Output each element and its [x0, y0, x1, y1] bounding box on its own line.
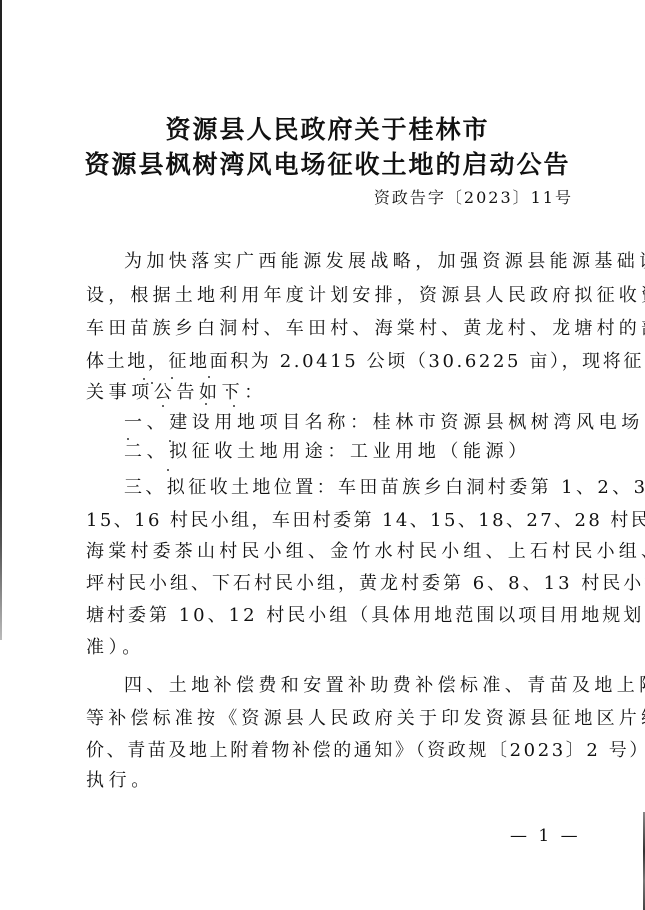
document-title-line-2: 资源县枫树湾风电场征收土地的启动公告	[0, 150, 645, 180]
scan-speck	[226, 389, 228, 391]
body-line: 一、建设用地项目名称：桂林市资源县枫树湾风电场	[124, 411, 644, 435]
body-line: 准）。	[86, 636, 145, 660]
body-line: 坪村民小组、下石村民小组，黄龙村委第 6、8、13 村民小组，龙	[86, 572, 645, 596]
body-line: 为加快落实广西能源发展战略，加强资源县能源基础设施建	[124, 250, 645, 274]
scan-speck	[151, 382, 153, 384]
document-number: 资政告字〔2023〕11号	[374, 186, 573, 210]
body-line: 等补偿标准按《资源县人民政府关于印发资源县征地区片综合地	[86, 707, 645, 731]
page-number: — 1 —	[510, 826, 581, 846]
body-line: 海棠村委茶山村民小组、金竹水村民小组、上石村民小组、社胆	[86, 540, 645, 564]
body-line: 价、青苗及地上附着物补偿的通知》（资政规〔2023〕2 号）规定	[86, 739, 645, 763]
scan-speck	[143, 378, 145, 380]
body-line: 执行。	[86, 769, 154, 793]
body-line: 车田苗族乡白洞村、车田村、海棠村、黄龙村、龙塘村的部分集	[86, 317, 645, 341]
scan-speck	[162, 405, 164, 407]
scan-edge-left	[0, 0, 2, 640]
scan-speck	[169, 440, 171, 442]
body-line: 四、土地补偿费和安置补助费补偿标准、青苗及地上附着物	[124, 674, 645, 698]
document-title-line-1: 资源县人民政府关于桂林市	[0, 115, 645, 145]
scan-speck	[127, 438, 129, 440]
body-line: 设，根据土地利用年度计划安排，资源县人民政府拟征收资源县	[86, 284, 645, 308]
scan-speck	[233, 405, 235, 407]
body-line: 三、拟征收土地位置：车田苗族乡白洞村委第 1、2、3、6、	[124, 476, 645, 500]
scan-speck	[208, 376, 210, 378]
scan-speck	[167, 469, 169, 471]
body-line: 体土地，征地面积为 2.0415 公顷（30.6225 亩），现将征收土地有	[86, 350, 645, 374]
scan-speck	[171, 377, 173, 379]
body-line: 塘村委第 10、12 村民小组（具体用地范围以项目用地规划红线为	[86, 604, 645, 628]
body-line: 关事项公告如下：	[86, 381, 267, 405]
body-line: 二、拟征收土地用途：工业用地（能源）	[124, 440, 531, 464]
scan-speck	[205, 403, 207, 405]
body-line: 15、16 村民小组，车田村委第 14、15、18、27、28 村民小组，	[86, 509, 645, 533]
